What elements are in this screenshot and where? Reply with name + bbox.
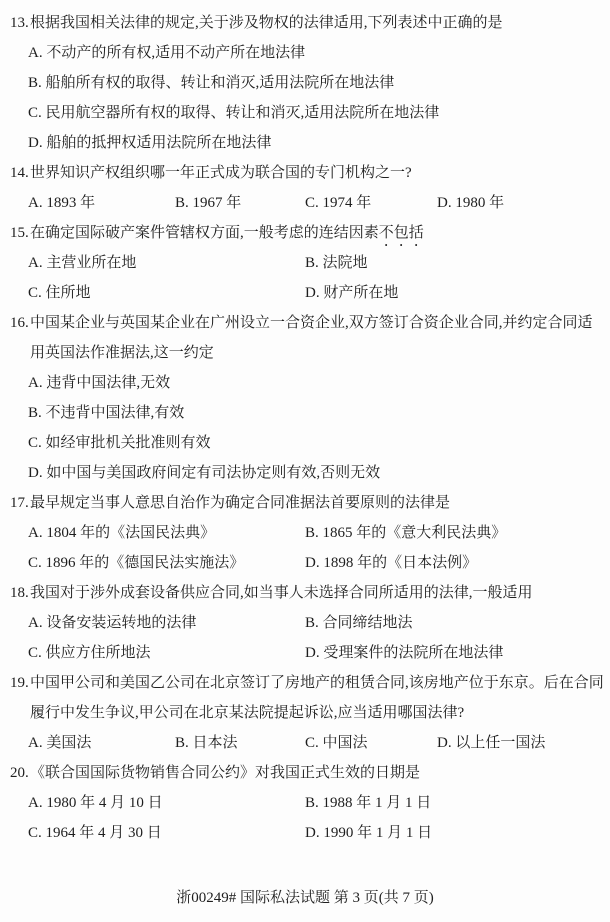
- question-stem-text: 《联合国国际货物销售合同公约》对我国正式生效的日期是: [30, 765, 420, 781]
- question-stem: 19. 中国甲公司和美国乙公司在北京签订了房地产的租赁合同,该房地产位于东京。后…: [0, 668, 610, 698]
- option-b: B. 合同缔结地法: [305, 608, 610, 638]
- question-18: 18. 我国对于涉外成套设备供应合同,如当事人未选择合同所适用的法律,一般适用 …: [0, 578, 610, 668]
- option-c: C. 供应方住所地法: [28, 638, 305, 668]
- options-row: A. 美国法 B. 日本法 C. 中国法 D. 以上任一国法: [0, 728, 610, 758]
- option-d: D. 船舶的抵押权适用法院所在地法律: [0, 128, 610, 158]
- question-20: 20. 《联合国国际货物销售合同公约》对我国正式生效的日期是 A. 1980 年…: [0, 758, 610, 848]
- question-stem: 17. 最早规定当事人意思自治作为确定合同准据法首要原则的法律是: [0, 488, 610, 518]
- question-stem-continuation: 履行中发生争议,甲公司在北京某法院提起诉讼,应当适用哪国法律?: [0, 698, 610, 728]
- question-stem: 13. 根据我国相关法律的规定,关于涉及物权的法律适用,下列表述中正确的是: [0, 8, 610, 38]
- option-d: D. 财产所在地: [305, 278, 610, 308]
- options-row: A. 1893 年 B. 1967 年 C. 1974 年 D. 1980 年: [0, 188, 610, 218]
- option-b: B. 1967 年: [175, 188, 305, 218]
- question-14: 14. 世界知识产权组织哪一年正式成为联合国的专门机构之一? A. 1893 年…: [0, 158, 610, 218]
- question-number: 13.: [10, 8, 29, 38]
- emphasized-text: 不包括: [379, 225, 424, 241]
- option-a: A. 1893 年: [28, 188, 175, 218]
- option-d: D. 1980 年: [437, 188, 610, 218]
- question-13: 13. 根据我国相关法律的规定,关于涉及物权的法律适用,下列表述中正确的是 A.…: [0, 8, 610, 158]
- question-number: 19.: [10, 668, 29, 698]
- option-d: D. 1898 年的《日本法例》: [305, 548, 610, 578]
- question-15: 15. 在确定国际破产案件管辖权方面,一般考虑的连结因素不包括 A. 主营业所在…: [0, 218, 610, 308]
- option-a: A. 1804 年的《法国民法典》: [28, 518, 305, 548]
- options-grid: A. 设备安装运转地的法律 B. 合同缔结地法 C. 供应方住所地法 D. 受理…: [0, 608, 610, 668]
- question-number: 15.: [10, 218, 29, 248]
- option-a: A. 美国法: [28, 728, 175, 758]
- option-d: D. 以上任一国法: [437, 728, 610, 758]
- option-a: A. 违背中国法律,无效: [0, 368, 610, 398]
- question-stem-text: 中国甲公司和美国乙公司在北京签订了房地产的租赁合同,该房地产位于东京。后在合同: [30, 675, 604, 691]
- question-number: 20.: [10, 758, 29, 788]
- option-c: C. 中国法: [305, 728, 437, 758]
- option-d: D. 受理案件的法院所在地法律: [305, 638, 610, 668]
- option-a: A. 设备安装运转地的法律: [28, 608, 305, 638]
- option-d: D. 1990 年 1 月 1 日: [305, 818, 610, 848]
- question-16: 16. 中国某企业与英国某企业在广州设立一合资企业,双方签订合资企业合同,并约定…: [0, 308, 610, 488]
- option-c: C. 1974 年: [305, 188, 437, 218]
- question-stem: 20. 《联合国国际货物销售合同公约》对我国正式生效的日期是: [0, 758, 610, 788]
- option-c: C. 民用航空器所有权的取得、转让和消灭,适用法院所在地法律: [0, 98, 610, 128]
- question-stem: 15. 在确定国际破产案件管辖权方面,一般考虑的连结因素不包括: [0, 218, 610, 248]
- question-stem-text: 在确定国际破产案件管辖权方面,一般考虑的连结因素: [30, 225, 379, 241]
- options-grid: A. 主营业所在地 B. 法院地 C. 住所地 D. 财产所在地: [0, 248, 610, 308]
- question-number: 14.: [10, 158, 29, 188]
- option-c: C. 如经审批机关批准则有效: [0, 428, 610, 458]
- question-stem-text: 我国对于涉外成套设备供应合同,如当事人未选择合同所适用的法律,一般适用: [30, 585, 533, 601]
- question-stem: 16. 中国某企业与英国某企业在广州设立一合资企业,双方签订合资企业合同,并约定…: [0, 308, 610, 338]
- question-stem: 18. 我国对于涉外成套设备供应合同,如当事人未选择合同所适用的法律,一般适用: [0, 578, 610, 608]
- options-list: A. 不动产的所有权,适用不动产所在地法律 B. 船舶所有权的取得、转让和消灭,…: [0, 38, 610, 158]
- options-grid: A. 1980 年 4 月 10 日 B. 1988 年 1 月 1 日 C. …: [0, 788, 610, 848]
- option-b: B. 1865 年的《意大利民法典》: [305, 518, 610, 548]
- question-number: 18.: [10, 578, 29, 608]
- option-b: B. 船舶所有权的取得、转让和消灭,适用法院所在地法律: [0, 68, 610, 98]
- question-stem-text: 中国某企业与英国某企业在广州设立一合资企业,双方签订合资企业合同,并约定合同适: [30, 315, 593, 331]
- question-stem-text: 根据我国相关法律的规定,关于涉及物权的法律适用,下列表述中正确的是: [30, 15, 503, 31]
- question-stem-text: 最早规定当事人意思自治作为确定合同准据法首要原则的法律是: [30, 495, 450, 511]
- question-17: 17. 最早规定当事人意思自治作为确定合同准据法首要原则的法律是 A. 1804…: [0, 488, 610, 578]
- option-b: B. 不违背中国法律,有效: [0, 398, 610, 428]
- options-grid: A. 1804 年的《法国民法典》 B. 1865 年的《意大利民法典》 C. …: [0, 518, 610, 578]
- options-list: A. 违背中国法律,无效 B. 不违背中国法律,有效 C. 如经审批机关批准则有…: [0, 368, 610, 488]
- exam-page: 13. 根据我国相关法律的规定,关于涉及物权的法律适用,下列表述中正确的是 A.…: [0, 0, 610, 922]
- option-a: A. 1980 年 4 月 10 日: [28, 788, 305, 818]
- option-c: C. 住所地: [28, 278, 305, 308]
- option-a: A. 主营业所在地: [28, 248, 305, 278]
- question-19: 19. 中国甲公司和美国乙公司在北京签订了房地产的租赁合同,该房地产位于东京。后…: [0, 668, 610, 758]
- option-c: C. 1896 年的《德国民法实施法》: [28, 548, 305, 578]
- option-b: B. 1988 年 1 月 1 日: [305, 788, 610, 818]
- question-stem-text: 世界知识产权组织哪一年正式成为联合国的专门机构之一?: [30, 165, 412, 181]
- question-stem: 14. 世界知识产权组织哪一年正式成为联合国的专门机构之一?: [0, 158, 610, 188]
- option-a: A. 不动产的所有权,适用不动产所在地法律: [0, 38, 610, 68]
- question-number: 16.: [10, 308, 29, 338]
- page-footer: 浙00249# 国际私法试题 第 3 页(共 7 页): [0, 883, 610, 913]
- option-d: D. 如中国与美国政府间定有司法协定则有效,否则无效: [0, 458, 610, 488]
- question-number: 17.: [10, 488, 29, 518]
- question-stem-continuation: 用英国法作准据法,这一约定: [0, 338, 610, 368]
- option-c: C. 1964 年 4 月 30 日: [28, 818, 305, 848]
- option-b: B. 日本法: [175, 728, 305, 758]
- option-b: B. 法院地: [305, 248, 610, 278]
